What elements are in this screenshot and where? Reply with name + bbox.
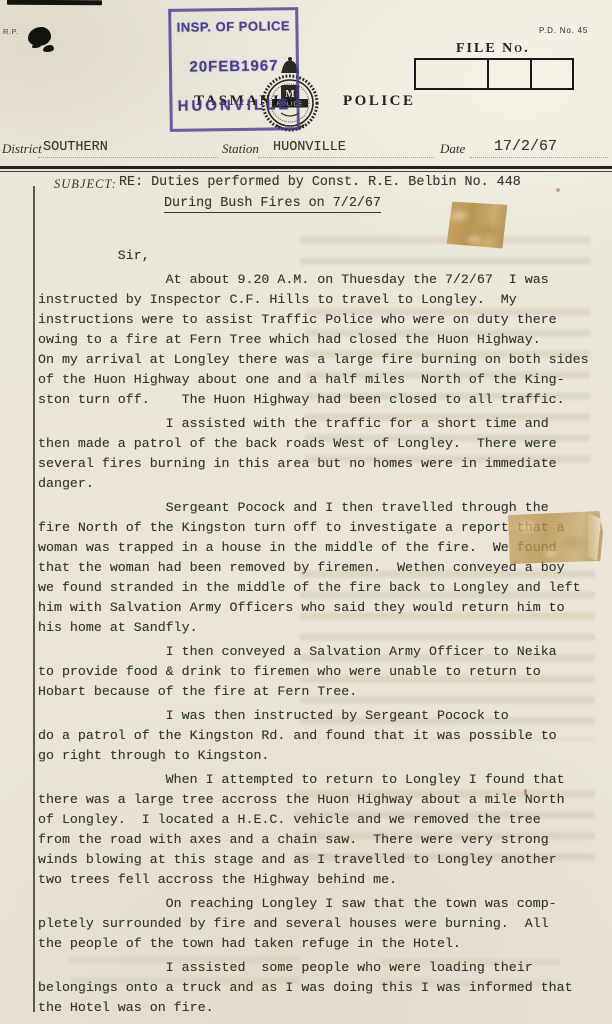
form-code: R.P. (3, 27, 19, 36)
report-body: Sir, At about 9.20 A.M. on Thuesday the … (38, 246, 612, 1022)
subject-label: SUBJECT: (54, 177, 117, 192)
station-label: Station (222, 141, 259, 157)
paper-speck (556, 188, 560, 192)
stamp-station: HUONVILLE (172, 96, 296, 115)
station-value: HUONVILLE (273, 140, 346, 155)
paragraph: I assisted with the traffic for a short … (38, 414, 612, 494)
ink-blot (28, 27, 51, 46)
dotted-leader (38, 156, 218, 158)
district-label: District (2, 141, 42, 157)
stamp-office-line: INSP. OF POLICE (171, 18, 295, 35)
subject-line-1: RE: Duties performed by Const. R.E. Belb… (119, 175, 521, 190)
salutation: Sir, (38, 246, 612, 266)
district-value: SOUTHERN (43, 140, 108, 155)
file-no-cell (487, 60, 530, 88)
date-label: Date (440, 141, 465, 157)
paragraph: I was then instructed by Sergeant Pocock… (38, 706, 612, 766)
tape-patch (447, 201, 508, 249)
file-no-boxes (414, 58, 574, 90)
paragraph: On reaching Longley I saw that the town … (38, 894, 612, 954)
paragraph: I then conveyed a Salvation Army Officer… (38, 642, 612, 702)
org-title-police: POLICE (343, 93, 416, 110)
dotted-leader (258, 156, 434, 158)
form-number: P.D. No. 45 (539, 26, 588, 35)
dotted-leader (470, 156, 608, 158)
date-value: 17/2/67 (494, 138, 557, 155)
paragraph: I assisted some people who were loading … (38, 958, 612, 1018)
paragraph: When I attempted to return to Longley I … (38, 770, 612, 890)
paragraph: At about 9.20 A.M. on Thuesday the 7/2/6… (38, 270, 612, 410)
file-no-label: FILE No. (456, 41, 530, 57)
date-received-stamp: INSP. OF POLICE 20FEB1967 HUONVILLE (168, 7, 300, 132)
left-margin-rule (33, 186, 35, 1012)
file-no-cell (416, 60, 487, 88)
subject-line-2: During Bush Fires on 7/2/67 (164, 196, 381, 213)
header-rule (0, 166, 612, 169)
scan-edge-bar (7, 0, 102, 5)
scanned-police-report: R.P. P.D. No. 45 FILE No. TASMANIA POLIC… (0, 0, 612, 1024)
file-no-cell (530, 60, 572, 88)
stamp-date: 20FEB1967 (172, 57, 296, 76)
header-rule (0, 171, 612, 172)
